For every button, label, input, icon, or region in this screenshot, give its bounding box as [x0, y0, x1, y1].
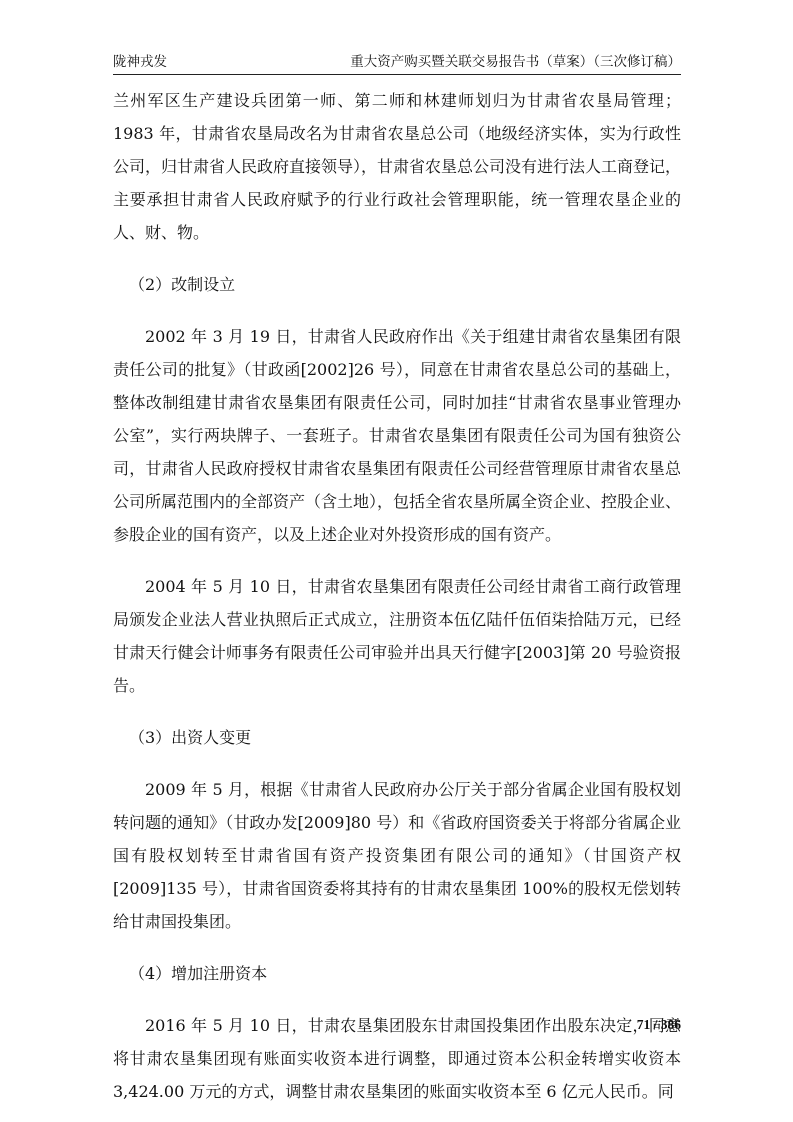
paragraph-2016-capital: 2016 年 5 月 10 日，甘肃农垦集团股东甘肃国投集团作出股东决定，同意将…	[113, 1009, 681, 1108]
header-document-title: 重大资产购买暨关联交易报告书（草案）（三次修订稿）	[350, 52, 681, 72]
paragraph-2002-approval: 2002 年 3 月 19 日，甘肃省人民政府作出《关于组建甘肃省农垦集团有限责…	[113, 320, 681, 551]
section-heading-restructuring: （2）改制设立	[113, 268, 681, 301]
paragraph-continued: 兰州军区生产建设兵团第一师、第二师和林建师划归为甘肃省农垦局管理；1983 年，…	[113, 84, 681, 249]
paragraph-2004-establishment: 2004 年 5 月 10 日，甘肃省农垦集团有限责任公司经甘肃省工商行政管理局…	[113, 570, 681, 702]
page-header: 陇神戎发 重大资产购买暨关联交易报告书（草案）（三次修订稿）	[113, 52, 681, 75]
document-body: 兰州军区生产建设兵团第一师、第二师和林建师划归为甘肃省农垦局管理；1983 年，…	[113, 84, 681, 1122]
section-heading-investor-change: （3）出资人变更	[113, 721, 681, 754]
section-heading-capital-increase: （4）增加注册资本	[113, 957, 681, 990]
paragraph-2009-transfer: 2009 年 5 月，根据《甘肃省人民政府办公厅关于部分省属企业国有股权划转问题…	[113, 773, 681, 938]
header-company-name: 陇神戎发	[113, 52, 167, 72]
page-number: 71 / 386	[637, 1017, 681, 1033]
